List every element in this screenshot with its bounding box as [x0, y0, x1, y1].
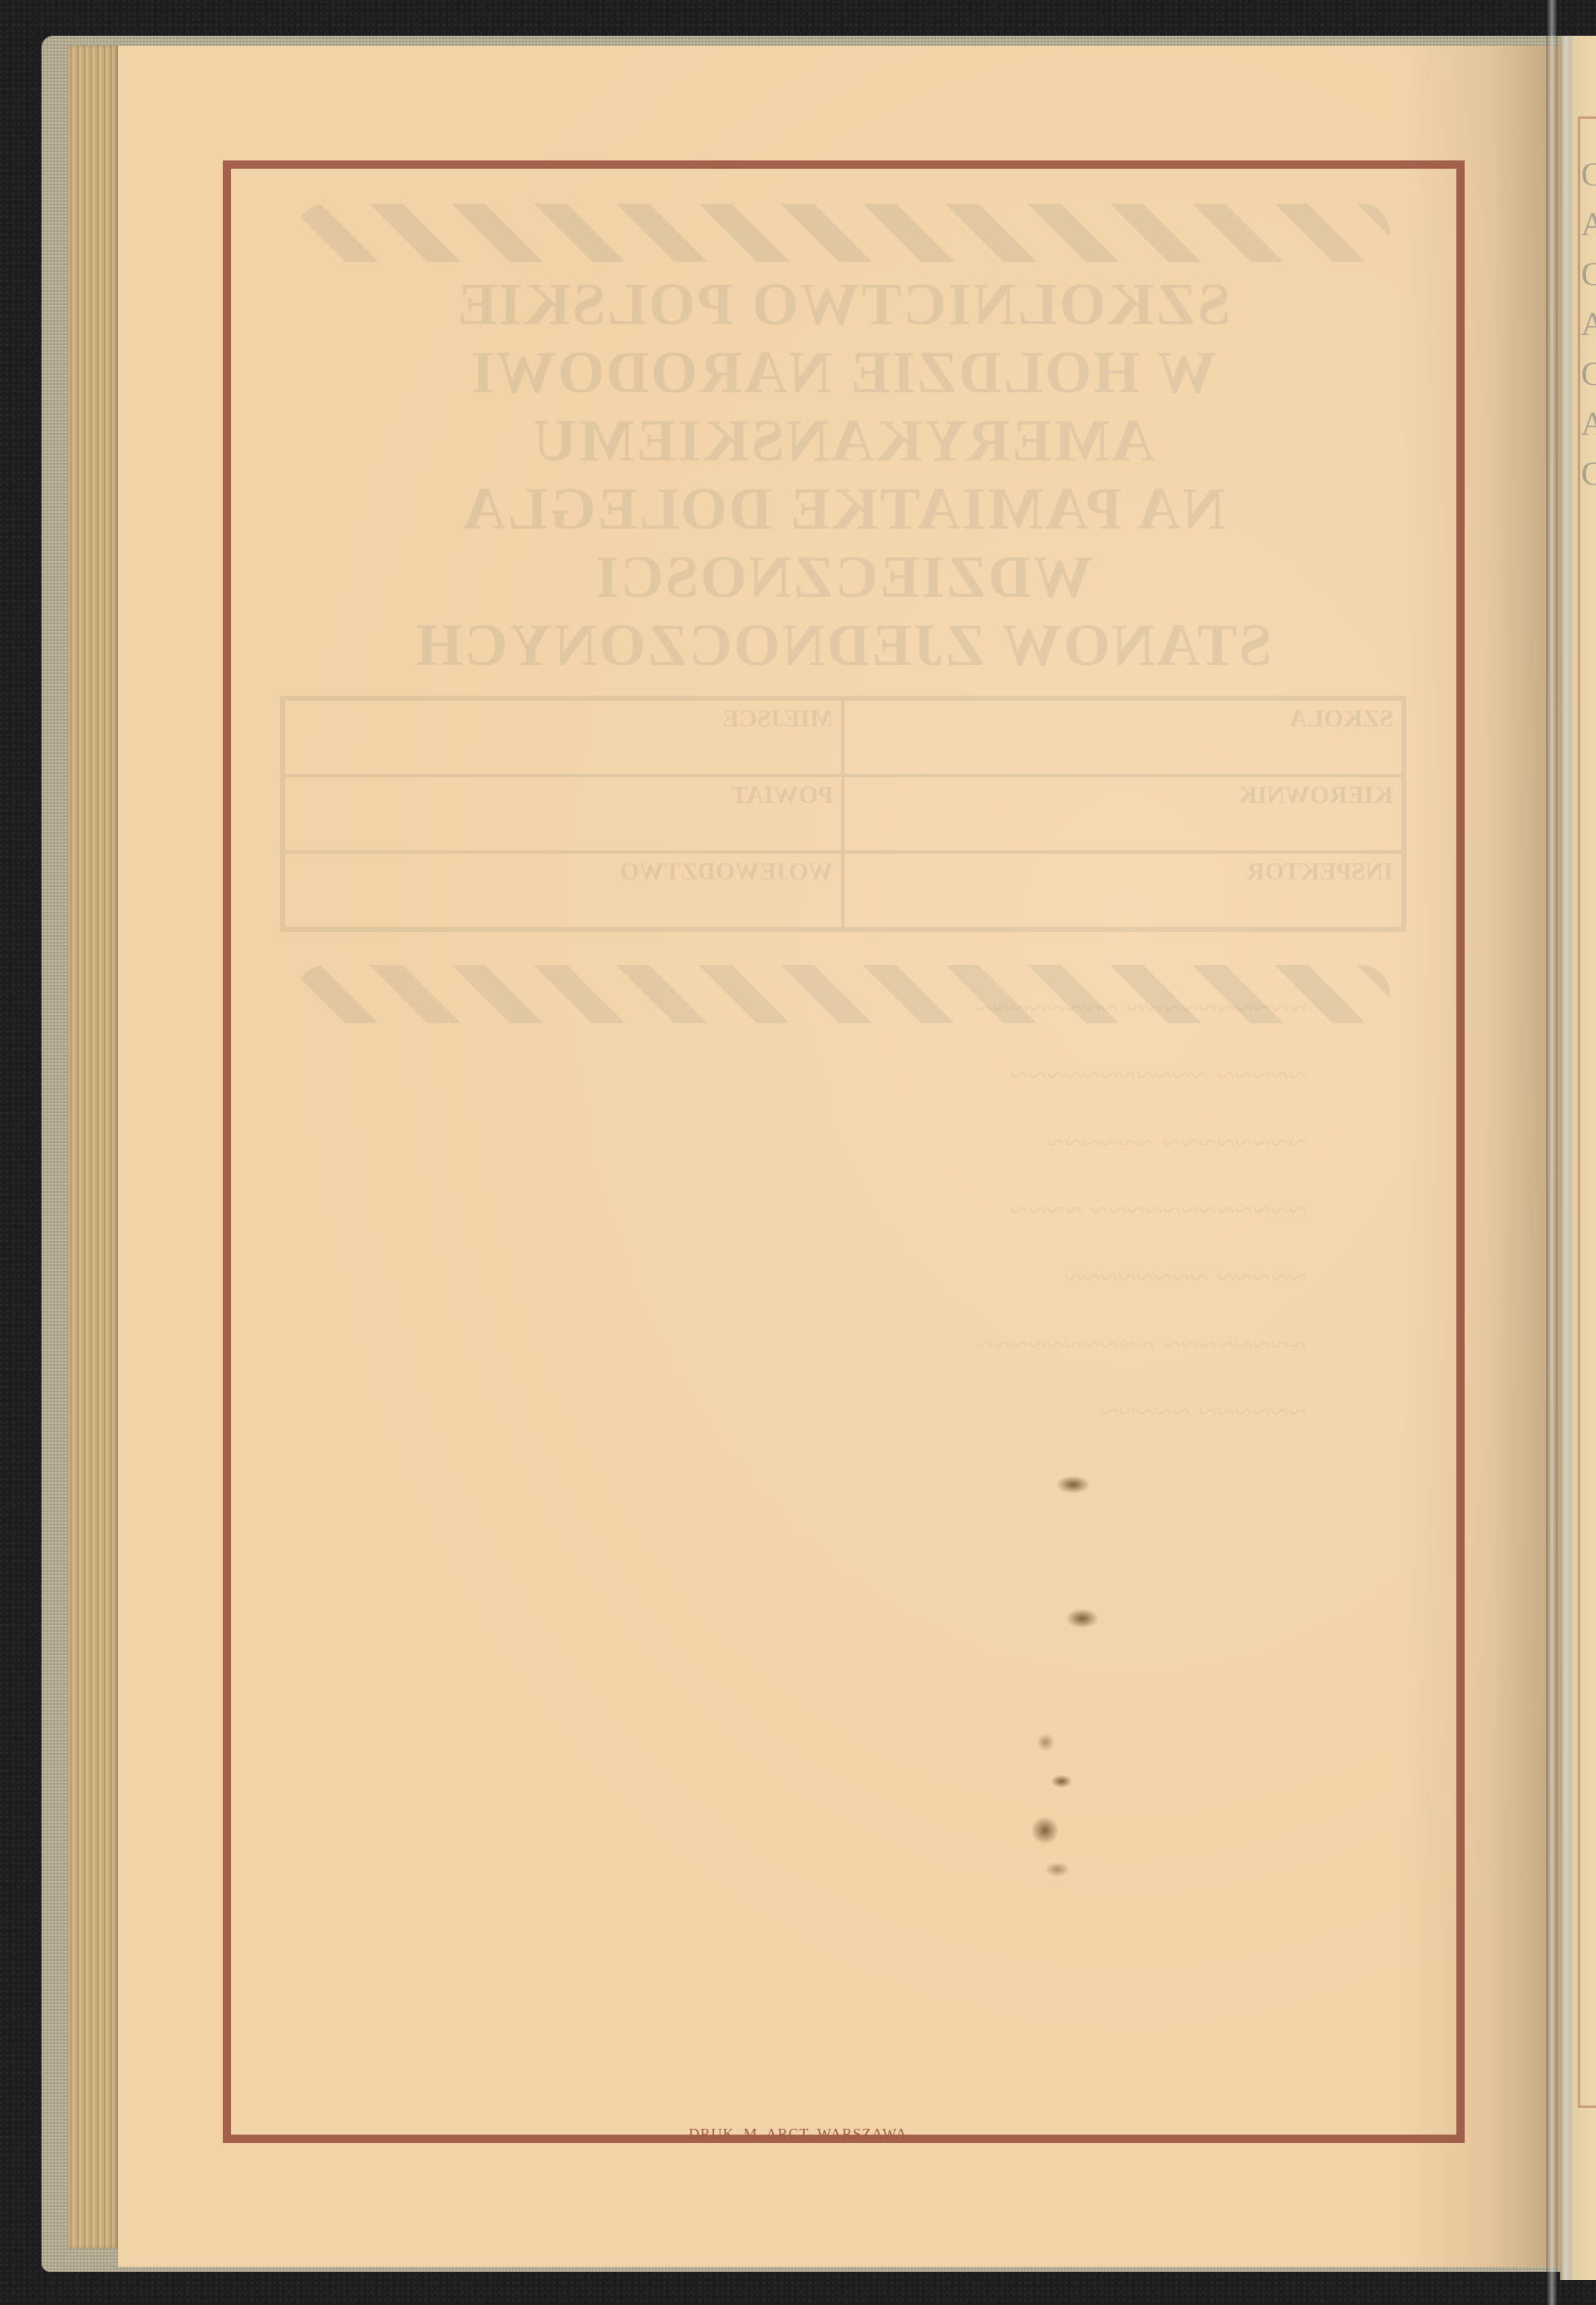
book-gutter — [1546, 0, 1558, 2305]
foxing-stain — [1056, 1475, 1091, 1494]
gutter-shadow — [1402, 46, 1560, 2267]
facing-page-glyphs: C A C A C A C — [1581, 150, 1596, 499]
foxing-stain — [1051, 1775, 1072, 1788]
foxing-stain — [1037, 1733, 1055, 1751]
printer-imprint: DRUK. M. ARCT, WARSZAWA — [0, 2125, 1596, 2143]
printed-border-frame — [223, 160, 1465, 2143]
foxing-stain — [1066, 1608, 1099, 1628]
book-page: SZKOLNICTWO POLSKIE W HOLDZIE NARODOWI A… — [118, 46, 1560, 2267]
foxing-stain — [1031, 1816, 1059, 1844]
foxing-stain — [1045, 1862, 1070, 1877]
page-block-edges — [68, 46, 118, 2248]
